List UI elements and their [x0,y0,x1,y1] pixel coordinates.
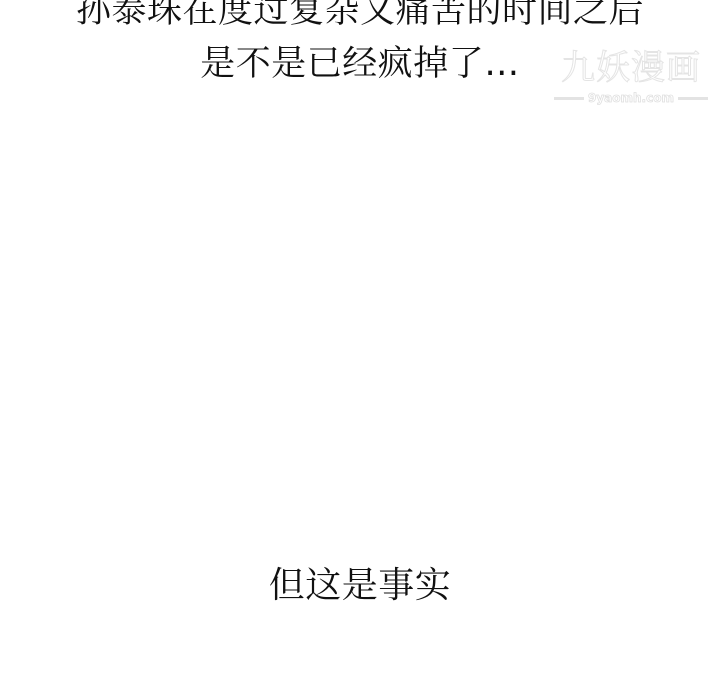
comic-panel: 孙泰珠在度过复杂又痛苦的时间之后 是不是已经疯掉了… 九妖漫画 9yaomh.c… [0,0,720,700]
watermark-url: 9yaomh.com [588,91,674,105]
caption-line-3: 但这是事实 [0,566,720,606]
watermark-left-rule [554,97,584,100]
caption-line-1: 孙泰珠在度过复杂又痛苦的时间之后 [0,0,720,31]
site-watermark: 九妖漫画 9yaomh.com [550,46,712,112]
watermark-title: 九妖漫画 [550,46,712,90]
watermark-right-rule [678,97,708,100]
watermark-url-row: 9yaomh.com [550,90,712,106]
